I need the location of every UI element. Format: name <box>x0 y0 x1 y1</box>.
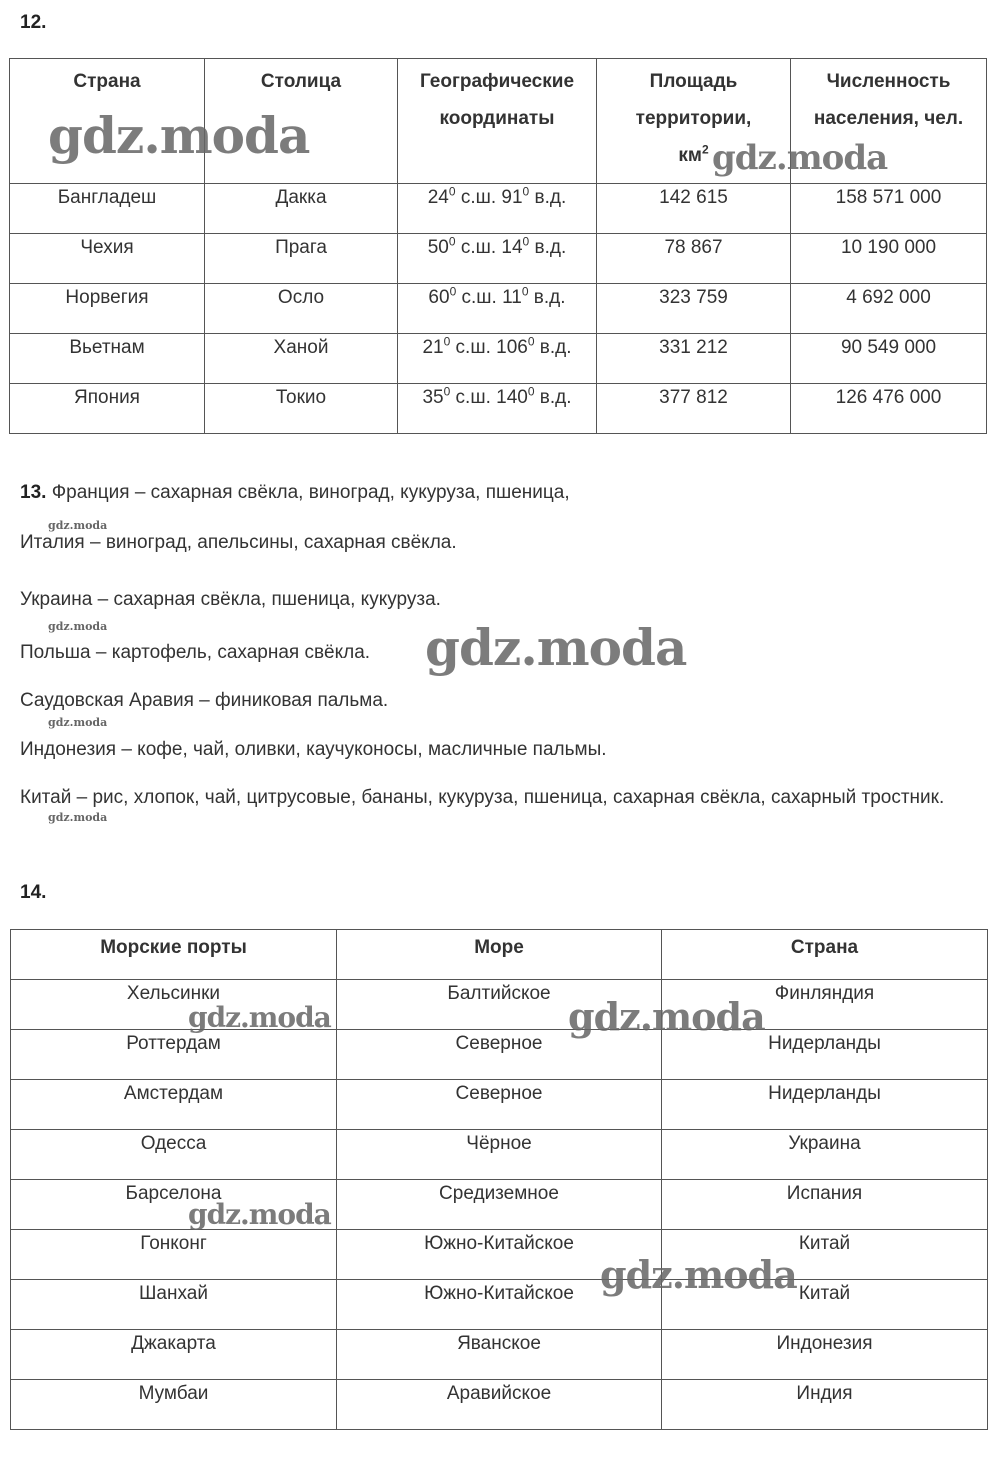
task-13-number: 13. <box>20 482 46 503</box>
task-13-line-3: Польша – картофель, сахарная свёкла. <box>20 642 370 664</box>
cell-port: Шанхай <box>11 1280 337 1330</box>
cell-sea: Аравийское <box>337 1380 662 1430</box>
cell-coords: 240 с.ш. 910 в.д. <box>398 184 597 234</box>
cell-port: Одесса <box>11 1130 337 1180</box>
task-13-line-6: Китай – рис, хлопок, чай, цитрусовые, ба… <box>20 779 975 817</box>
cell-population: 4 692 000 <box>791 284 987 334</box>
watermark: gdz.moda <box>425 618 686 677</box>
task-13-line-1: Италия – виноград, апельсины, сахарная с… <box>20 532 457 554</box>
cell-country: Бангладеш <box>10 184 205 234</box>
watermark: gdz.moda <box>712 138 887 178</box>
task-13-line-4: Саудовская Аравия – финиковая пальма. <box>20 690 388 712</box>
task-12-number: 12. <box>20 12 46 34</box>
table-row: ГонконгЮжно-КитайскоеКитай <box>11 1230 988 1280</box>
cell-port: Джакарта <box>11 1330 337 1380</box>
cell-coords: 210 с.ш. 1060 в.д. <box>398 334 597 384</box>
cell-port: Мумбаи <box>11 1380 337 1430</box>
watermark: gdz.moda <box>48 519 107 532</box>
cell-capital: Дакка <box>205 184 398 234</box>
cell-country: Чехия <box>10 234 205 284</box>
table-row: ЧехияПрага500 с.ш. 140 в.д.78 86710 190 … <box>10 234 987 284</box>
cell-country: Индия <box>662 1380 988 1430</box>
header-sea: Море <box>337 930 662 980</box>
cell-country: Норвегия <box>10 284 205 334</box>
cell-coords: 600 с.ш. 110 в.д. <box>398 284 597 334</box>
cell-capital: Токио <box>205 384 398 434</box>
table-row: АмстердамСеверноеНидерланды <box>11 1080 988 1130</box>
cell-area: 323 759 <box>597 284 791 334</box>
watermark: gdz.moda <box>48 106 309 165</box>
cell-sea: Чёрное <box>337 1130 662 1180</box>
cell-coords: 500 с.ш. 140 в.д. <box>398 234 597 284</box>
header-port: Морские порты <box>11 930 337 980</box>
task-13-line-5: Индонезия – кофе, чай, оливки, каучуконо… <box>20 739 607 761</box>
table-header-row: Морские порты Море Страна <box>11 930 988 980</box>
cell-port: Гонконг <box>11 1230 337 1280</box>
cell-capital: Ханой <box>205 334 398 384</box>
header-area-label: Площадь территории, <box>636 71 752 129</box>
cell-sea: Яванское <box>337 1330 662 1380</box>
cell-population: 90 549 000 <box>791 334 987 384</box>
cell-area: 78 867 <box>597 234 791 284</box>
cell-capital: Осло <box>205 284 398 334</box>
watermark: gdz.moda <box>48 811 107 824</box>
cell-coords: 350 с.ш. 1400 в.д. <box>398 384 597 434</box>
task-14-number: 14. <box>20 882 46 904</box>
table-row: БангладешДакка240 с.ш. 910 в.д.142 61515… <box>10 184 987 234</box>
header-coords: Географические координаты <box>398 59 597 184</box>
cell-area: 142 615 <box>597 184 791 234</box>
table-row: ОдессаЧёрноеУкраина <box>11 1130 988 1180</box>
watermark: gdz.moda <box>188 1198 331 1231</box>
watermark: gdz.moda <box>568 994 765 1039</box>
cell-country: Украина <box>662 1130 988 1180</box>
task-13-line-0: 13. Франция – сахарная свёкла, виноград,… <box>20 482 570 504</box>
table-row: ХельсинкиБалтийскоеФинляндия <box>11 980 988 1030</box>
cell-sea: Северное <box>337 1080 662 1130</box>
ports-table: Морские порты Море Страна ХельсинкиБалти… <box>10 929 988 1430</box>
task-13-line-2: Украина – сахарная свёкла, пшеница, куку… <box>20 589 441 611</box>
table-row: ЯпонияТокио350 с.ш. 1400 в.д.377 812126 … <box>10 384 987 434</box>
cell-area: 377 812 <box>597 384 791 434</box>
cell-population: 158 571 000 <box>791 184 987 234</box>
table-row: НорвегияОсло600 с.ш. 110 в.д.323 7594 69… <box>10 284 987 334</box>
table-row: ВьетнамХаной210 с.ш. 1060 в.д.331 21290 … <box>10 334 987 384</box>
cell-country: Вьетнам <box>10 334 205 384</box>
header-country: Страна <box>662 930 988 980</box>
watermark: gdz.moda <box>48 620 107 633</box>
cell-country: Япония <box>10 384 205 434</box>
table-row: МумбаиАравийскоеИндия <box>11 1380 988 1430</box>
cell-population: 10 190 000 <box>791 234 987 284</box>
table-row: РоттердамСеверноеНидерланды <box>11 1030 988 1080</box>
cell-sea: Средиземное <box>337 1180 662 1230</box>
cell-country: Испания <box>662 1180 988 1230</box>
cell-country: Нидерланды <box>662 1080 988 1130</box>
cell-capital: Прага <box>205 234 398 284</box>
watermark: gdz.moda <box>48 716 107 729</box>
table-row: БарселонаСредиземноеИспания <box>11 1180 988 1230</box>
table-row: ДжакартаЯванскоеИндонезия <box>11 1330 988 1380</box>
watermark: gdz.moda <box>188 1001 331 1034</box>
cell-country: Индонезия <box>662 1330 988 1380</box>
header-area-unit-sup: 2 <box>702 143 709 157</box>
cell-port: Амстердам <box>11 1080 337 1130</box>
header-area-unit: км <box>678 145 702 166</box>
cell-population: 126 476 000 <box>791 384 987 434</box>
table-row: ШанхайЮжно-КитайскоеКитай <box>11 1280 988 1330</box>
watermark: gdz.moda <box>600 1252 797 1297</box>
cell-area: 331 212 <box>597 334 791 384</box>
cell-port: Роттердам <box>11 1030 337 1080</box>
